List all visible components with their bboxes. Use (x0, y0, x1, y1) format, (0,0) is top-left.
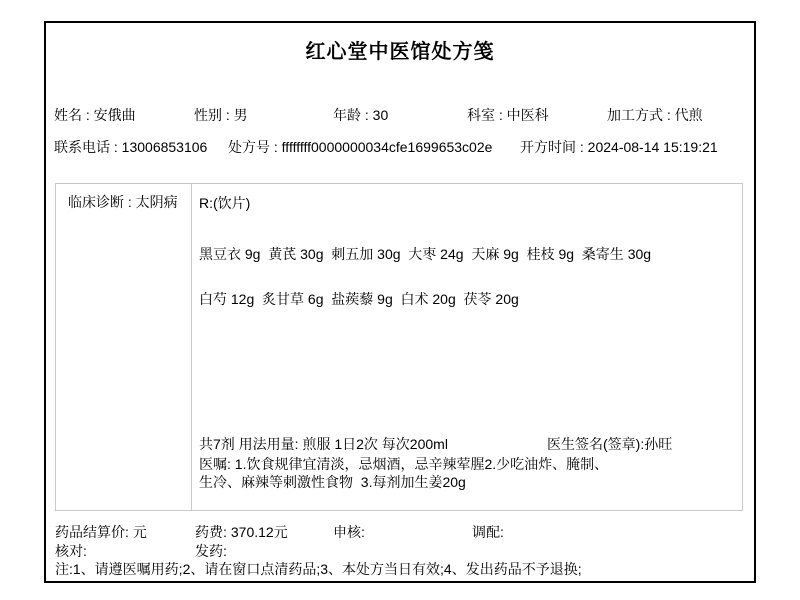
dosage-line: 共7剂 用法用量: 煎服 1日2次 每次200ml (199, 436, 448, 453)
field-value: 元 (133, 524, 147, 540)
field-review: 申核: (333, 524, 369, 540)
field-label: 性别 (194, 107, 222, 123)
herb-line-1: 黑豆衣 9g 黄芪 30g 刺五加 30g 大枣 24g 天麻 9g 桂枝 9g… (199, 246, 651, 263)
herb-line-2: 白芍 12g 炙甘草 6g 盐蒺藜 9g 白术 20g 茯苓 20g (199, 291, 519, 308)
field-name: 姓名 : 安俄曲 (54, 107, 136, 123)
medical-advice-line-2: 生冷、麻辣等刺激性食物 3.每剂加生姜20g (199, 474, 466, 491)
colon-separator: : (222, 107, 234, 123)
field-prescription-number: 处方号 : ffffffff0000000034cfe1699653c02e (228, 139, 492, 155)
colon-separator: : (663, 107, 675, 123)
field-gender: 性别 : 男 (194, 107, 248, 123)
colon-separator: : (495, 107, 507, 123)
field-medicine-fee: 药费:370.12元 (195, 524, 288, 540)
field-settlement-price: 药品结算价:元 (55, 524, 147, 540)
field-phone: 联系电话 : 13006853106 (54, 139, 207, 155)
diagnosis-value: 太阴病 (136, 194, 178, 210)
colon-separator: : (124, 194, 136, 210)
prescription-table: 临床诊断 : 太阴病 R:(饮片) 黑豆衣 9g 黄芪 30g 刺五加 30g … (55, 183, 743, 511)
footer-note: 注:1、请遵医嘱用药;2、请在窗口点清药品;3、本处方当日有效;4、发出药品不予… (55, 561, 582, 577)
field-value: 代煎 (675, 107, 703, 123)
field-label: 核对: (55, 543, 87, 559)
field-value: 中医科 (507, 107, 549, 123)
field-label: 药品结算价: (55, 524, 129, 540)
field-value: 男 (234, 107, 248, 123)
field-label: 处方号 (228, 139, 270, 155)
field-verify: 核对: (55, 543, 91, 559)
medical-advice-line-1: 医嘱: 1.饮食规律宜清淡，忌烟酒，忌辛辣荤腥2.少吃油炸、腌制、 (199, 456, 608, 473)
field-age: 年龄 : 30 (333, 107, 388, 123)
field-label: 年龄 (333, 107, 361, 123)
prescription-sheet: 红心堂中医馆处方笺 姓名 : 安俄曲 性别 : 男 年龄 : 30 科室 : 中… (44, 21, 756, 583)
rx-header: R:(饮片) (199, 195, 250, 212)
field-processing-method: 加工方式 : 代煎 (607, 107, 703, 123)
field-value: 370.12元 (231, 524, 288, 540)
diagnosis-label: 临床诊断 (68, 194, 124, 210)
field-value: 13006853106 (122, 139, 208, 155)
field-label: 发药: (195, 543, 227, 559)
colon-separator: : (270, 139, 282, 155)
field-department: 科室 : 中医科 (467, 107, 549, 123)
field-label: 姓名 (54, 107, 82, 123)
field-dispense-prepare: 调配: (472, 524, 508, 540)
field-value: 安俄曲 (94, 107, 136, 123)
colon-separator: : (82, 107, 94, 123)
colon-separator: : (110, 139, 122, 155)
diagnosis-cell: 临床诊断 : 太阴病 (56, 184, 192, 510)
field-label: 药费: (195, 524, 227, 540)
doctor-signature: 医生签名(签章):孙旺 (547, 436, 672, 453)
field-issue-time: 开方时间 : 2024-08-14 15:19:21 (520, 139, 718, 155)
field-dispense: 发药: (195, 543, 231, 559)
field-label: 加工方式 (607, 107, 663, 123)
field-value: 2024-08-14 15:19:21 (588, 139, 718, 155)
field-label: 申核: (333, 524, 365, 540)
colon-separator: : (361, 107, 373, 123)
doctor-signature-value: 孙旺 (644, 436, 672, 452)
field-label: 开方时间 (520, 139, 576, 155)
rx-cell: R:(饮片) 黑豆衣 9g 黄芪 30g 刺五加 30g 大枣 24g 天麻 9… (192, 184, 742, 510)
colon-separator: : (576, 139, 588, 155)
field-label: 科室 (467, 107, 495, 123)
field-value: ffffffff0000000034cfe1699653c02e (282, 139, 493, 155)
page-title: 红心堂中医馆处方笺 (46, 35, 754, 64)
field-label: 联系电话 (54, 139, 110, 155)
doctor-signature-label: 医生签名(签章): (547, 436, 644, 452)
field-value: 30 (373, 107, 389, 123)
field-label: 调配: (472, 524, 504, 540)
